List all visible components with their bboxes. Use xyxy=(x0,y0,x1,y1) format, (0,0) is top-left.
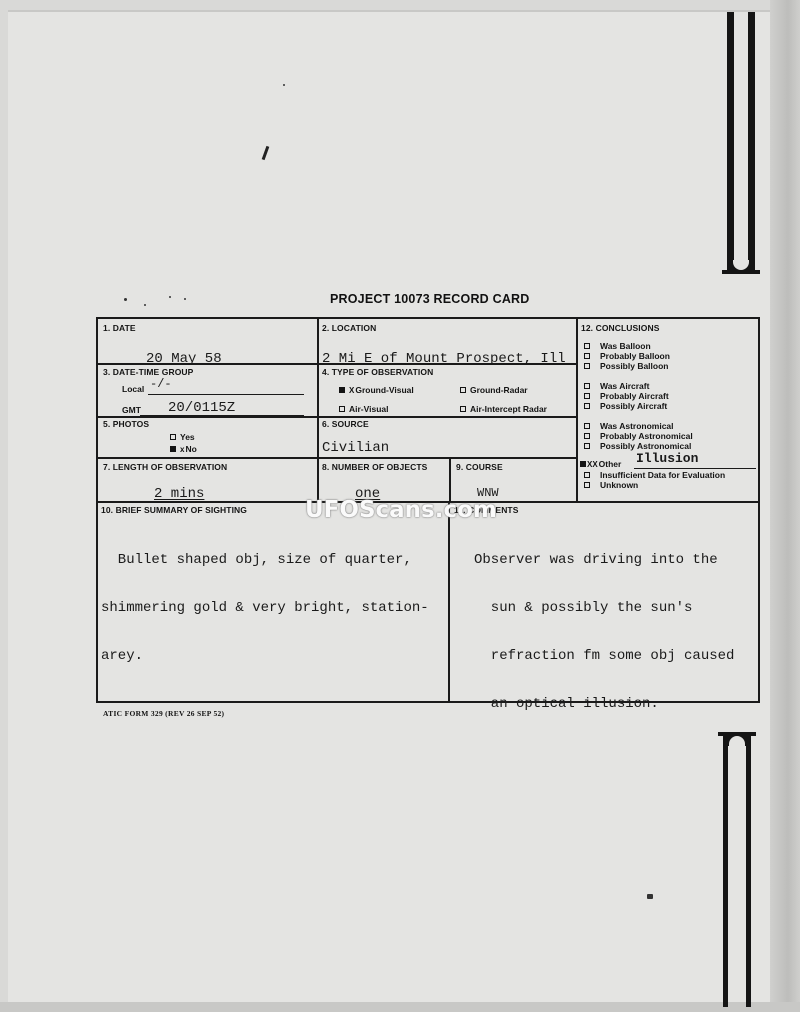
checkbox-icon xyxy=(584,393,590,399)
checkbox-checked-icon xyxy=(580,461,586,467)
source-cell: 6. SOURCE Civilian xyxy=(319,418,576,457)
checkbox-checked-icon xyxy=(170,446,176,452)
conclusions-group-aircraft: Was Aircraft Probably Aircraft Possibly … xyxy=(584,381,669,411)
number-of-objects-label: 8. NUMBER OF OBJECTS xyxy=(322,462,427,472)
checkbox-icon xyxy=(584,482,590,488)
checkbox-icon xyxy=(584,443,590,449)
page-edge-shadow xyxy=(770,0,800,1012)
checkbox-icon xyxy=(584,433,590,439)
conclusion-probably-balloon[interactable]: Probably Balloon xyxy=(584,351,670,361)
conclusions-group-balloon: Was Balloon Probably Balloon Possibly Ba… xyxy=(584,341,670,371)
checkbox-checked-icon xyxy=(339,387,345,393)
gmt-label: GMT xyxy=(122,405,141,415)
summary-label: 10. BRIEF SUMMARY OF SIGHTING xyxy=(101,505,247,515)
page-bottom-edge xyxy=(0,1002,800,1012)
location-label: 2. LOCATION xyxy=(322,323,376,333)
conclusions-label: 12. CONCLUSIONS xyxy=(581,323,660,333)
conclusion-probably-aircraft[interactable]: Probably Aircraft xyxy=(584,391,669,401)
watermark-text: UFOScans.com xyxy=(305,497,497,523)
source-value: Civilian xyxy=(322,440,389,456)
checkbox-icon xyxy=(460,406,466,412)
record-card-title: PROJECT 10073 RECORD CARD xyxy=(330,292,530,306)
conclusion-was-astronomical[interactable]: Was Astronomical xyxy=(584,421,693,431)
conclusion-possibly-aircraft[interactable]: Possibly Aircraft xyxy=(584,401,669,411)
number-of-objects-cell: 8. NUMBER OF OBJECTS one xyxy=(319,459,449,501)
conclusion-possibly-astronomical[interactable]: Possibly Astronomical xyxy=(584,441,693,451)
option-photos-yes[interactable]: Yes xyxy=(170,432,195,442)
type-of-observation-label: 4. TYPE OF OBSERVATION xyxy=(322,367,433,377)
summary-cell: 10. BRIEF SUMMARY OF SIGHTING Bullet sha… xyxy=(98,503,448,701)
checkbox-icon xyxy=(584,403,590,409)
form-id: ATIC FORM 329 (REV 26 SEP 52) xyxy=(103,709,224,718)
conclusion-was-balloon[interactable]: Was Balloon xyxy=(584,341,670,351)
conclusions-group-astronomical: Was Astronomical Probably Astronomical P… xyxy=(584,421,693,451)
checkbox-icon xyxy=(584,363,590,369)
course-cell: 9. COURSE WNW xyxy=(451,459,576,501)
option-ground-radar[interactable]: Ground-Radar xyxy=(460,385,528,395)
source-label: 6. SOURCE xyxy=(322,419,369,429)
local-value: -/- xyxy=(150,377,172,391)
date-time-group-cell: 3. DATE-TIME GROUP Local -/- GMT 20/0115… xyxy=(98,365,317,416)
option-ground-visual[interactable]: XGround-Visual xyxy=(339,385,414,395)
checkbox-icon xyxy=(584,353,590,359)
conclusion-possibly-balloon[interactable]: Possibly Balloon xyxy=(584,361,670,371)
option-air-visual[interactable]: Air-Visual xyxy=(339,404,389,414)
checkbox-icon xyxy=(584,472,590,478)
checkbox-icon xyxy=(460,387,466,393)
conclusion-other-value: Illusion xyxy=(636,454,698,464)
comments-cell: 11. COMMENTS Observer was driving into t… xyxy=(450,503,758,701)
scan-speck xyxy=(169,296,171,298)
conclusion-insufficient-data[interactable]: Insufficient Data for Evaluation xyxy=(584,470,725,480)
checkbox-icon xyxy=(584,423,590,429)
length-of-observation-cell: 7. LENGTH OF OBSERVATION 2 mins xyxy=(98,459,317,501)
date-time-group-label: 3. DATE-TIME GROUP xyxy=(103,367,193,377)
scan-speck xyxy=(647,894,653,899)
length-of-observation-value: 2 mins xyxy=(154,486,204,502)
scan-speck xyxy=(283,84,285,86)
photos-label: 5. PHOTOS xyxy=(103,419,149,429)
conclusion-unknown[interactable]: Unknown xyxy=(584,480,725,490)
conclusion-other[interactable]: XXOther Illusion xyxy=(580,459,725,470)
local-label: Local xyxy=(122,384,144,394)
checkbox-icon xyxy=(584,383,590,389)
location-cell: 2. LOCATION 2 Mi E of Mount Prospect, Il… xyxy=(319,319,576,363)
gmt-value: 20/0115Z xyxy=(168,400,235,416)
summary-text: Bullet shaped obj, size of quarter, shim… xyxy=(101,520,429,696)
binder-clip-top xyxy=(726,12,756,274)
scan-speck xyxy=(184,298,186,300)
conclusion-probably-astronomical[interactable]: Probably Astronomical xyxy=(584,431,693,441)
checkbox-icon xyxy=(584,343,590,349)
conclusion-was-aircraft[interactable]: Was Aircraft xyxy=(584,381,669,391)
conclusions-group-other: XXOther Illusion Insufficient Data for E… xyxy=(580,459,725,490)
date-cell: 1. DATE 20 May 58 xyxy=(98,319,317,363)
checkbox-icon xyxy=(170,434,176,440)
photos-cell: 5. PHOTOS Yes xNo xyxy=(98,418,317,457)
option-photos-no[interactable]: xNo xyxy=(170,444,197,454)
date-label: 1. DATE xyxy=(103,323,136,333)
scan-speck xyxy=(124,298,127,301)
binder-clip-bottom xyxy=(722,732,752,1007)
course-label: 9. COURSE xyxy=(456,462,503,472)
type-of-observation-cell: 4. TYPE OF OBSERVATION XGround-Visual Gr… xyxy=(319,365,576,416)
checkbox-icon xyxy=(339,406,345,412)
option-air-intercept-radar[interactable]: Air-Intercept Radar xyxy=(460,404,547,414)
scan-speck xyxy=(144,304,146,306)
comments-text: Observer was driving into the sun & poss… xyxy=(474,520,734,744)
conclusions-cell: 12. CONCLUSIONS Was Balloon Probably Bal… xyxy=(578,319,758,501)
length-of-observation-label: 7. LENGTH OF OBSERVATION xyxy=(103,462,227,472)
